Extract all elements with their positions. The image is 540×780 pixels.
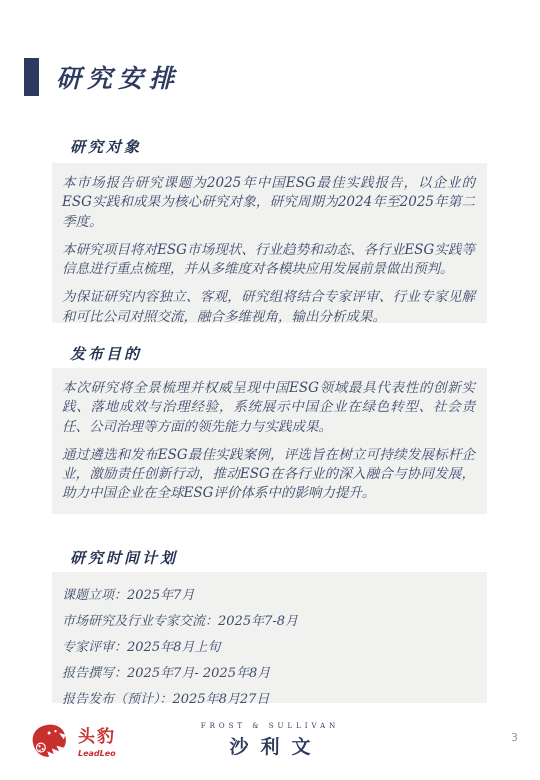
paragraph: 通过遴选和发布ESG最佳实践案例，评选旨在树立可持续发展标杆企业，激励责任创新行…: [62, 446, 475, 504]
timeline-item: 市场研究及行业专家交流：2025年7-8月: [62, 609, 475, 635]
leopard-head-icon: [28, 722, 72, 764]
timeline-item: 报告撰写：2025年7月- 2025年8月: [62, 661, 475, 687]
paragraph: 本研究项目将对ESG市场现状、行业趋势和动态、各行业ESG实践等信息进行重点梳理…: [62, 241, 475, 280]
frost-sullivan-wordmark-en: FROST & SULLIVAN: [201, 722, 340, 730]
section-box-publication-purpose: 本次研究将全景梳理并权威呈现中国ESG领域最具代表性的创新实践、落地成效与治理经…: [52, 368, 487, 514]
report-page: 研究安排 研究对象 本市场报告研究课题为2025年中国ESG最佳实践报告，以企业…: [0, 0, 540, 780]
leadleo-wordmark-en: LeadLeo: [78, 750, 116, 758]
section-heading-research-timeline: 研究时间计划: [70, 547, 178, 568]
section-heading-research-object: 研究对象: [70, 136, 142, 157]
leadleo-logo: 头豹 LeadLeo: [28, 722, 116, 764]
frost-sullivan-wordmark-cn: 沙利文: [217, 732, 322, 759]
page-number: 3: [511, 731, 518, 744]
timeline-item: 专家评审：2025年8月上旬: [62, 635, 475, 661]
paragraph: 本市场报告研究课题为2025年中国ESG最佳实践报告，以企业的ESG实践和成果为…: [62, 174, 475, 232]
page-title-row: 研究安排: [24, 58, 180, 96]
section-box-research-timeline: 课题立项：2025年7月 市场研究及行业专家交流：2025年7-8月 专家评审：…: [52, 572, 487, 703]
paragraph: 为保证研究内容独立、客观，研究组将结合专家评审、行业专家见解和可比公司对照交流，…: [62, 288, 475, 327]
section-heading-publication-purpose: 发布目的: [70, 343, 142, 364]
leadleo-wordmark-cn: 头豹: [78, 729, 116, 746]
page-title: 研究安排: [56, 59, 180, 95]
paragraph: 本次研究将全景梳理并权威呈现中国ESG领域最具代表性的创新实践、落地成效与治理经…: [62, 379, 475, 437]
leadleo-wordmark: 头豹 LeadLeo: [78, 729, 116, 758]
section-box-research-object: 本市场报告研究课题为2025年中国ESG最佳实践报告，以企业的ESG实践和成果为…: [52, 163, 487, 323]
timeline-item: 报告发布（预计）：2025年8月27日: [62, 687, 475, 713]
title-marker-bar: [24, 58, 39, 96]
timeline-item: 课题立项：2025年7月: [62, 583, 475, 609]
